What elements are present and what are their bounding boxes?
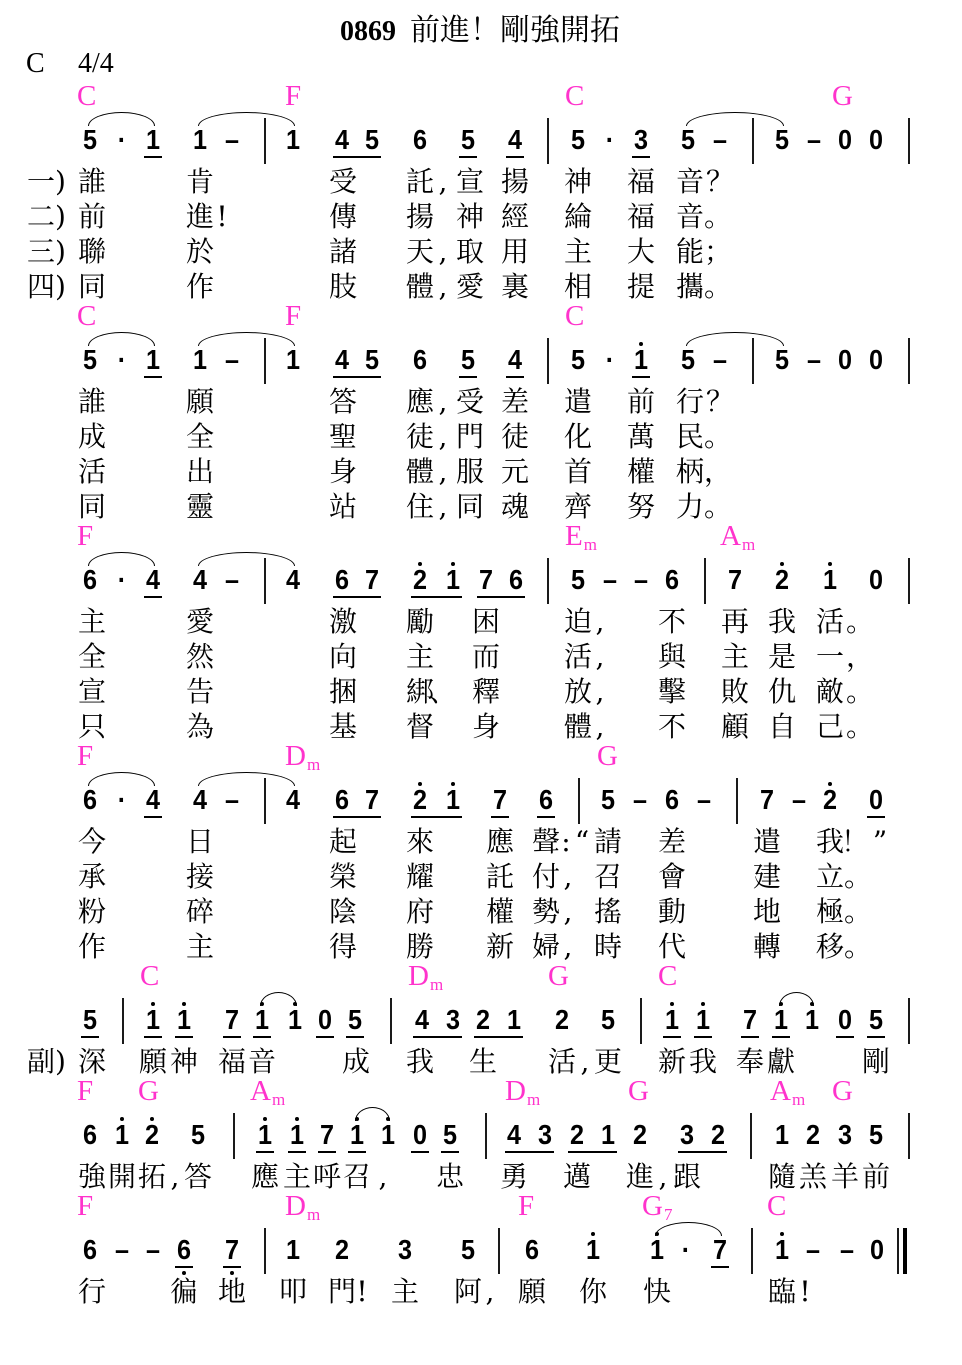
- lyric-syllable: 能: [676, 238, 704, 266]
- bar-line: [547, 558, 549, 604]
- beam-underline: [505, 1151, 554, 1153]
- lyric-syllable: 福: [218, 1048, 246, 1076]
- chord-symbol: F: [77, 522, 93, 551]
- lyric-syllable: 你: [579, 1278, 607, 1306]
- lyric-syllable: 肯: [186, 168, 214, 196]
- lyric-syllable: ,: [439, 388, 448, 416]
- note: 1: [805, 1006, 819, 1034]
- lyric-syllable: 。: [704, 273, 732, 301]
- lyric-syllable: 天: [406, 238, 434, 266]
- high-octave-dot-icon: [828, 782, 832, 786]
- lyric-syllable: 來: [406, 828, 434, 856]
- lyric-syllable: 邁: [563, 1163, 591, 1191]
- sustain-dash: –: [633, 786, 647, 814]
- lyric-syllable: 經: [501, 203, 529, 231]
- lyric-syllable: 綸: [564, 203, 592, 231]
- lyric-syllable: 日: [186, 828, 214, 856]
- high-octave-dot-icon: [639, 342, 643, 346]
- lyric-syllable: 傳: [329, 203, 357, 231]
- note: 5: [365, 126, 379, 154]
- note: 5: [601, 786, 615, 814]
- bar-line: [578, 778, 580, 824]
- lyric-syllable: 呼: [313, 1163, 341, 1191]
- lyric-syllable: 活: [78, 458, 106, 486]
- lyric-syllable: 是: [768, 643, 796, 671]
- lyric-syllable: 府: [406, 898, 434, 926]
- note: 4: [335, 126, 349, 154]
- slur-tie: [355, 1107, 390, 1121]
- lyric-line: 二)前進!傳揚神經綸福音。: [0, 203, 962, 231]
- lyric-syllable: 敗: [721, 678, 749, 706]
- lyric-syllable: 神: [456, 203, 484, 231]
- lyric-syllable: 轉: [753, 933, 781, 961]
- lyric-syllable: 答: [329, 388, 357, 416]
- lyric-syllable: 徒: [501, 423, 529, 451]
- beam-underline: [506, 376, 524, 378]
- lyric-syllable: 身: [329, 458, 357, 486]
- chord-symbol: Dm: [285, 1192, 320, 1221]
- bar-line: [908, 998, 910, 1044]
- note: 0: [413, 1121, 427, 1149]
- lyric-syllable: 門: [328, 1278, 356, 1306]
- note: 7: [320, 1121, 334, 1149]
- chord-symbol: C: [658, 962, 677, 991]
- lyric-syllable: 成: [342, 1048, 370, 1076]
- augmentation-dot: ·: [118, 126, 126, 154]
- high-octave-dot-icon: [263, 1117, 267, 1121]
- lyric-syllable: 召: [594, 863, 622, 891]
- lyric-syllable: 民: [676, 423, 704, 451]
- note: 1: [774, 1006, 788, 1034]
- lyric-syllable: 神: [170, 1048, 198, 1076]
- note: 7: [225, 1236, 239, 1264]
- lyric-syllable: 婦: [532, 933, 560, 961]
- note: 7: [760, 786, 774, 814]
- chord-root: C: [658, 962, 677, 991]
- beam-underline: [333, 156, 381, 158]
- note: 3: [538, 1121, 552, 1149]
- beam-underline: [632, 376, 650, 378]
- lyric-syllable: 聯: [78, 238, 106, 266]
- lyric-syllable: 地: [218, 1278, 246, 1306]
- chord-symbol: Dm: [408, 962, 443, 991]
- lyric-syllable: ,: [596, 643, 605, 671]
- lyric-syllable: 告: [186, 678, 214, 706]
- note: 1: [290, 1121, 304, 1149]
- note: 5: [681, 346, 695, 374]
- beam-underline: [413, 1036, 462, 1038]
- lyric-syllable: 獻: [767, 1048, 795, 1076]
- chord-root: F: [77, 742, 93, 771]
- lyric-line: 活出身體,服元首權柄，: [0, 458, 962, 486]
- lyric-syllable: 自: [768, 713, 796, 741]
- lyric-syllable: 擊: [658, 678, 686, 706]
- note: 1: [775, 1236, 789, 1264]
- chord-symbol: G: [138, 1077, 159, 1106]
- lyric-syllable: 。: [844, 898, 872, 926]
- note: 2: [476, 1006, 490, 1034]
- augmentation-dot: ·: [606, 126, 614, 154]
- bar-line: [908, 1113, 910, 1159]
- note: 2: [335, 1236, 349, 1264]
- sustain-dash: –: [807, 346, 821, 374]
- lyric-syllable: 前: [627, 388, 655, 416]
- beam-underline: [175, 1036, 193, 1038]
- note: 2: [823, 786, 837, 814]
- chord-symbol: C: [565, 82, 584, 111]
- chord-symbol: F: [77, 1077, 93, 1106]
- note: 1: [146, 1006, 160, 1034]
- chord-symbol: Am: [770, 1077, 805, 1106]
- note: 0: [869, 346, 883, 374]
- lyric-line: 行徧地叩門!主阿,願你快臨!: [0, 1278, 962, 1306]
- note: 5: [461, 1236, 475, 1264]
- lyric-syllable: ，: [704, 458, 732, 486]
- lyric-syllable: 揚: [406, 203, 434, 231]
- beam-underline: [411, 816, 462, 818]
- chord-symbol: C: [767, 1192, 786, 1221]
- sustain-dash: –: [792, 786, 806, 814]
- chord-quality: 7: [664, 1206, 673, 1223]
- lyric-syllable: 差: [658, 828, 686, 856]
- lyric-syllable: 。: [846, 713, 874, 741]
- beam-underline: [144, 816, 162, 818]
- note: 5: [571, 566, 585, 594]
- lyric-syllable: 遣: [753, 828, 781, 856]
- lyric-line: 粉碎陰府權勢,搖動地極。: [0, 898, 962, 926]
- bar-line: [122, 998, 124, 1044]
- chord-root: C: [565, 302, 584, 331]
- final-bar-thin: [897, 1228, 899, 1274]
- note: 4: [146, 786, 160, 814]
- lyric-syllable: 體: [406, 273, 434, 301]
- lyric-syllable: 諸: [329, 238, 357, 266]
- lyric-syllable: 迫: [564, 608, 592, 636]
- lyric-syllable: 。: [704, 203, 732, 231]
- chord-quality: m: [742, 536, 755, 553]
- lyric-syllable: 宣: [78, 678, 106, 706]
- note: 1: [586, 1236, 600, 1264]
- lyric-syllable: 碎: [186, 898, 214, 926]
- lyric-syllable: 愛: [186, 608, 214, 636]
- lyric-syllable: 叩: [279, 1278, 307, 1306]
- sustain-dash: –: [634, 566, 648, 594]
- beam-underline: [346, 1036, 364, 1038]
- beam-underline: [491, 816, 509, 818]
- lyric-syllable: 受: [456, 388, 484, 416]
- beam-underline: [694, 1036, 712, 1038]
- lyric-syllable: 首: [564, 458, 592, 486]
- note: 0: [870, 1236, 884, 1264]
- lyric-syllable: 揚: [501, 168, 529, 196]
- lyric-syllable: 再: [721, 608, 749, 636]
- lyric-syllable: ,: [439, 458, 448, 486]
- beam-underline: [867, 1036, 885, 1038]
- note: 1: [193, 126, 207, 154]
- slur-tie: [88, 772, 155, 786]
- beam-underline: [663, 1036, 681, 1038]
- chord-symbol: Dm: [285, 742, 320, 771]
- lyric-syllable: 臨: [768, 1278, 796, 1306]
- lyric-syllable: 。: [704, 423, 732, 451]
- lyric-syllable: 努: [627, 493, 655, 521]
- lyric-syllable: 愛: [456, 273, 484, 301]
- high-octave-dot-icon: [151, 1002, 155, 1006]
- note: 0: [869, 126, 883, 154]
- beam-underline: [411, 596, 462, 598]
- note: 6: [335, 566, 349, 594]
- note: 1: [286, 1236, 300, 1264]
- lyric-syllable: 進: [186, 203, 214, 231]
- lyric-syllable: 願: [186, 388, 214, 416]
- lyric-syllable: 門: [456, 423, 484, 451]
- note: 5: [681, 126, 695, 154]
- chord-root: G: [642, 1192, 663, 1221]
- note: 0: [838, 126, 852, 154]
- high-octave-dot-icon: [780, 1232, 784, 1236]
- bar-line: [908, 118, 910, 164]
- note: 4: [508, 346, 522, 374]
- hymn-number: 0869: [340, 16, 396, 47]
- sustain-dash: –: [807, 126, 821, 154]
- note: 4: [193, 566, 207, 594]
- lyric-syllable: 行: [78, 1278, 106, 1306]
- lyric-syllable: 遣: [564, 388, 592, 416]
- lyric-syllable: 隨: [768, 1163, 796, 1191]
- note: 2: [806, 1121, 820, 1149]
- lyric-syllable: 元: [501, 458, 529, 486]
- note: 5: [775, 346, 789, 374]
- bar-line: [640, 998, 642, 1044]
- lyric-syllable: 粉: [78, 898, 106, 926]
- beam-underline: [81, 1036, 99, 1038]
- note: 4: [507, 1121, 521, 1149]
- lyric-syllable: 徒: [406, 423, 434, 451]
- slur-tie: [198, 772, 295, 786]
- note: 7: [225, 1006, 239, 1034]
- lyric-syllable: ,: [581, 1048, 590, 1076]
- beam-underline: [253, 1036, 271, 1038]
- note: 2: [570, 1121, 584, 1149]
- lyric-line: 主愛激勵困迫,不再我活。: [0, 608, 962, 636]
- high-octave-dot-icon: [780, 562, 784, 566]
- chord-root: G: [832, 1077, 853, 1106]
- note: 5: [365, 346, 379, 374]
- beam-underline: [144, 376, 162, 378]
- lyric-syllable: 我: [768, 608, 796, 636]
- verse-label: 三): [27, 238, 66, 266]
- lyric-syllable: !: [356, 1278, 367, 1306]
- lyric-syllable: ,: [596, 608, 605, 636]
- note: 3: [398, 1236, 412, 1264]
- lyric-syllable: 魂: [501, 493, 529, 521]
- lyric-syllable: 與: [658, 643, 686, 671]
- lyric-syllable: 主: [391, 1278, 419, 1306]
- lyric-syllable: 力: [676, 493, 704, 521]
- bar-line: [233, 1113, 235, 1159]
- bar-line: [547, 118, 549, 164]
- note: 4: [415, 1006, 429, 1034]
- lyric-syllable: 福: [627, 203, 655, 231]
- lyric-syllable: 作: [186, 273, 214, 301]
- chord-symbol: F: [518, 1192, 534, 1221]
- hymn-title: 0869前進！剛強開拓: [340, 16, 620, 46]
- beam-underline: [474, 1036, 523, 1038]
- lyric-syllable: 徧: [170, 1278, 198, 1306]
- lyric-syllable: 搖: [594, 898, 622, 926]
- lyric-syllable: 己: [816, 713, 844, 741]
- note: 0: [318, 1006, 332, 1034]
- bar-line: [750, 1113, 752, 1159]
- lyric-syllable: ；: [704, 238, 732, 266]
- note: 2: [711, 1121, 725, 1149]
- high-octave-dot-icon: [451, 782, 455, 786]
- note: 1: [696, 1006, 710, 1034]
- bar-line: [264, 1228, 266, 1274]
- beam-underline: [333, 376, 381, 378]
- chord-root: D: [285, 1192, 306, 1221]
- beam-underline: [288, 1151, 306, 1153]
- slur-tie: [198, 112, 295, 126]
- lyric-line: 宣告捆綁、釋放,擊敗仇敵。: [0, 678, 962, 706]
- beam-underline: [318, 1151, 336, 1153]
- slur-tie: [198, 552, 295, 566]
- note: 7: [365, 786, 379, 814]
- lyric-syllable: 福: [627, 168, 655, 196]
- lyric-line: 全然向主而活,與主是一，: [0, 643, 962, 671]
- lyric-line: 承接榮耀託付,召會建立。: [0, 863, 962, 891]
- lyric-syllable: 音: [676, 203, 704, 231]
- note: 7: [479, 566, 493, 594]
- high-octave-dot-icon: [150, 1117, 154, 1121]
- lyric-syllable: 主: [186, 933, 214, 961]
- bar-line: [908, 558, 910, 604]
- lyric-syllable: 我: [406, 1048, 434, 1076]
- lyric-syllable: 而: [472, 643, 500, 671]
- note: 1: [193, 346, 207, 374]
- note: 7: [728, 566, 742, 594]
- chord-symbol: F: [285, 302, 301, 331]
- augmentation-dot: ·: [118, 346, 126, 374]
- note: 1: [350, 1121, 364, 1149]
- lyric-syllable: !: [216, 203, 227, 231]
- lyric-syllable: 得: [329, 933, 357, 961]
- note: 0: [869, 566, 883, 594]
- lyric-syllable: 靈: [186, 493, 214, 521]
- high-octave-dot-icon: [670, 1002, 674, 1006]
- note: 5: [869, 1121, 883, 1149]
- lyric-syllable: 肢: [329, 273, 357, 301]
- chord-root: F: [77, 522, 93, 551]
- note: 4: [286, 566, 300, 594]
- lyric-syllable: ,: [439, 493, 448, 521]
- note: 1: [634, 346, 648, 374]
- chord-symbol: C: [140, 962, 159, 991]
- lyric-syllable: 誰: [78, 168, 106, 196]
- bar-line: [547, 338, 549, 384]
- verse-label: 二): [27, 203, 66, 231]
- sustain-dash: –: [225, 786, 239, 814]
- lyric-syllable: 會: [658, 863, 686, 891]
- chord-symbol: G: [548, 962, 569, 991]
- chord-quality: m: [307, 1206, 320, 1223]
- lyric-syllable: 託: [406, 168, 434, 196]
- slur-tie: [260, 992, 297, 1006]
- verse-label: 一): [27, 168, 66, 196]
- lyric-line: 作主得勝新婦,時代轉移。: [0, 933, 962, 961]
- chord-symbol: Am: [720, 522, 755, 551]
- note: 3: [838, 1121, 852, 1149]
- note: 1: [286, 346, 300, 374]
- slur-tie: [198, 332, 295, 346]
- lyric-syllable: 督: [406, 713, 434, 741]
- chord-root: D: [505, 1077, 526, 1106]
- lyric-syllable: 應: [251, 1163, 279, 1191]
- chord-root: A: [720, 522, 741, 551]
- high-octave-dot-icon: [451, 562, 455, 566]
- lyric-line: 只為基督身體,不顧自己。: [0, 713, 962, 741]
- lyric-syllable: 建: [753, 863, 781, 891]
- lyric-syllable: 神: [564, 168, 592, 196]
- lyric-syllable: 於: [186, 238, 214, 266]
- lyric-syllable: 差: [501, 388, 529, 416]
- note: 2: [145, 1121, 159, 1149]
- chord-root: C: [140, 962, 159, 991]
- hymn-name: 前進！剛強開拓: [410, 13, 620, 48]
- lyric-syllable: 剛: [862, 1048, 890, 1076]
- beam-underline: [678, 1151, 727, 1153]
- lyric-syllable: 全: [186, 423, 214, 451]
- beam-underline: [348, 1151, 366, 1153]
- chord-quality: m: [272, 1091, 285, 1108]
- bar-line: [498, 1228, 500, 1274]
- lyric-syllable: “: [575, 828, 589, 856]
- lyric-syllable: ，: [846, 643, 874, 671]
- lyric-syllable: 。: [846, 608, 874, 636]
- lyric-syllable: 齊: [564, 493, 592, 521]
- beam-underline: [537, 816, 555, 818]
- note: 5: [443, 1121, 457, 1149]
- lyric-syllable: 成: [78, 423, 106, 451]
- beam-underline: [459, 376, 477, 378]
- lyric-syllable: 體: [564, 713, 592, 741]
- note: 6: [83, 566, 97, 594]
- sustain-dash: –: [225, 126, 239, 154]
- lyric-syllable: 新: [658, 1048, 686, 1076]
- lyric-syllable: 音: [676, 168, 704, 196]
- chord-symbol: Em: [565, 522, 597, 551]
- lyric-syllable: 時: [594, 933, 622, 961]
- lyric-syllable: 受: [329, 168, 357, 196]
- lyric-syllable: 權: [627, 458, 655, 486]
- slur-tie: [686, 112, 784, 126]
- lyric-syllable: 權: [486, 898, 514, 926]
- lyric-syllable: 困: [472, 608, 500, 636]
- chord-root: F: [518, 1192, 534, 1221]
- lyric-syllable: 。: [844, 933, 872, 961]
- note: 5: [83, 126, 97, 154]
- chord-root: A: [250, 1077, 271, 1106]
- note: 6: [509, 566, 523, 594]
- lyric-syllable: 新: [486, 933, 514, 961]
- chord-quality: m: [584, 536, 597, 553]
- chord-symbol: F: [77, 742, 93, 771]
- lyric-syllable: 聖: [329, 423, 357, 451]
- beam-underline: [411, 1151, 429, 1153]
- lyric-syllable: 今: [78, 828, 106, 856]
- note: 5: [601, 1006, 615, 1034]
- lyric-syllable: 立: [816, 863, 844, 891]
